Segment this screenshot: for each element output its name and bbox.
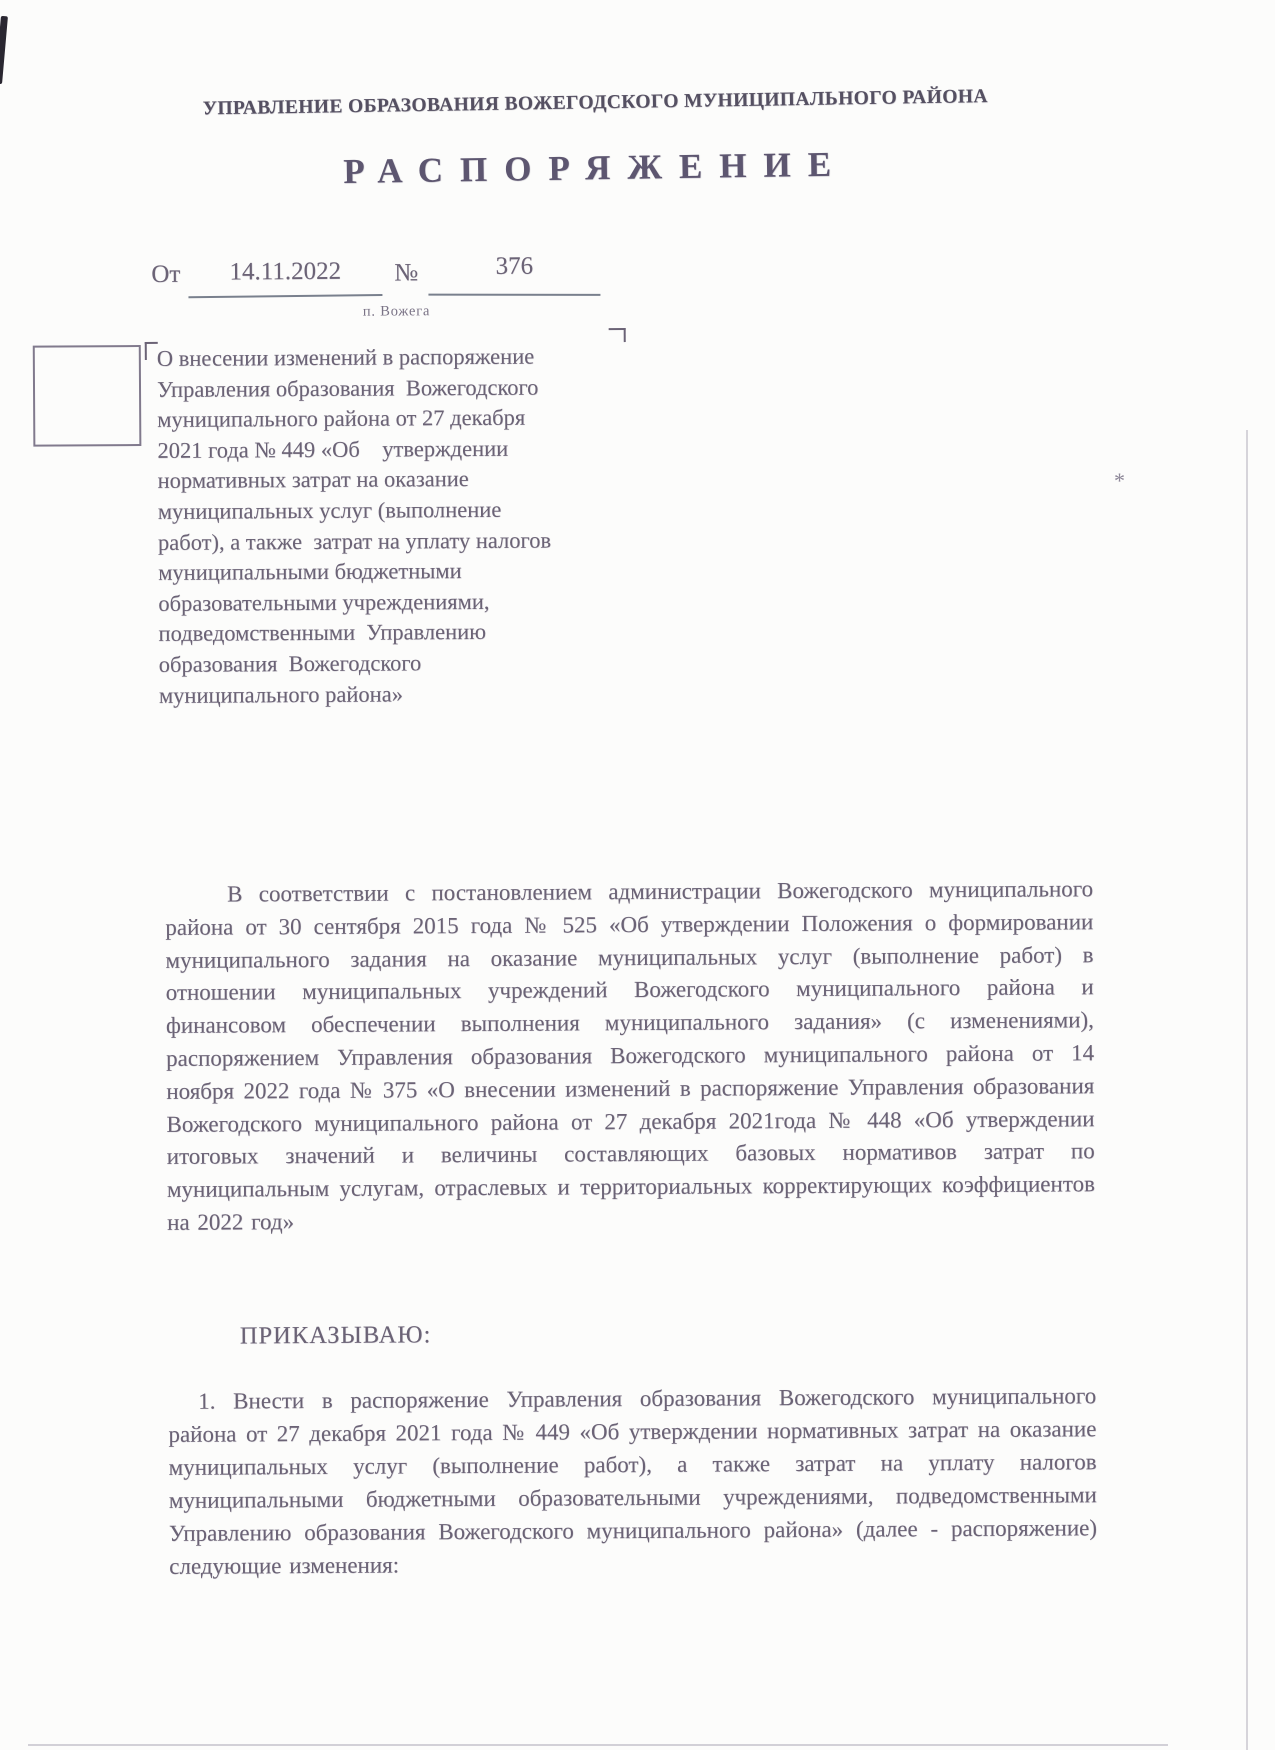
- corner-mark-right-icon: [609, 328, 626, 342]
- document-type-title: РАСПОРЯЖЕНИЕ: [115, 141, 1075, 195]
- date-label: От: [151, 261, 180, 289]
- date-value: 14.11.2022: [188, 258, 382, 287]
- number-value: 376: [428, 252, 600, 281]
- organization-name: УПРАВЛЕНИЕ ОБРАЗОВАНИЯ ВОЖЕГОДСКОГО МУНИ…: [115, 85, 1075, 122]
- scanned-page: * УПРАВЛЕНИЕ ОБРАЗОВАНИЯ ВОЖЕГОДСКОГО МУ…: [0, 0, 1275, 1750]
- subject-text: О внесении изменений в распоряжение Упра…: [157, 341, 667, 711]
- item-1-paragraph: 1. Внести в распоряжение Управления обра…: [168, 1379, 1097, 1583]
- order-keyword: ПРИКАЗЫВАЮ:: [240, 1321, 432, 1350]
- document-content: УПРАВЛЕНИЕ ОБРАЗОВАНИЯ ВОЖЕГОДСКОГО МУНИ…: [0, 0, 1275, 1750]
- place-label: п. Вожега: [327, 303, 467, 321]
- date-underline: [188, 294, 382, 298]
- number-label: №: [394, 259, 418, 287]
- number-underline: [428, 294, 600, 296]
- preamble-paragraph: В соответствии с постановлением админист…: [165, 873, 1095, 1239]
- empty-stamp-box: [33, 345, 142, 447]
